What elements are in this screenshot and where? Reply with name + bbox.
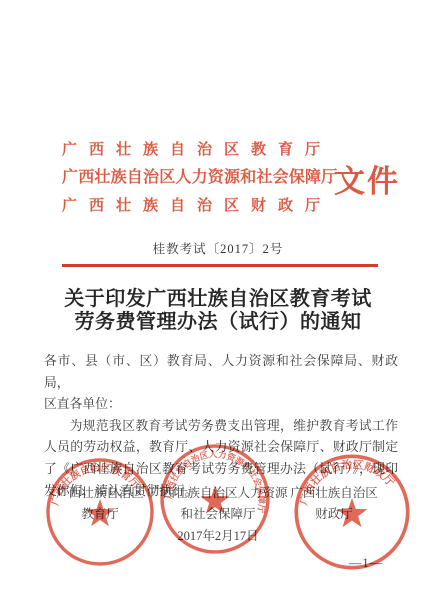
seal-star-icon	[86, 499, 115, 526]
official-seal-education: 广西壮族自治区教育厅	[44, 456, 156, 568]
salutation-line-1: 各市、县（市、区）教育局、人力资源和社会保障局、财政局，	[44, 351, 398, 394]
official-document-page: 广西壮族自治区教育厅 广西壮族自治区人力资源和社会保障厅 广西壮族自治区财政厅 …	[0, 0, 436, 616]
seal-star-icon	[200, 486, 229, 514]
seal-graphic: 广西壮族自治区人力资源和社会保障厅	[158, 442, 272, 556]
red-divider-rule	[62, 264, 378, 267]
agency-line-human-resources: 广西壮族自治区人力资源和社会保障厅	[62, 164, 334, 192]
seal-star-icon	[337, 498, 368, 527]
seal-graphic: 广西壮族自治区教育厅	[44, 456, 156, 568]
agency-line-education: 广西壮族自治区教育厅	[62, 136, 320, 164]
salutation-line-2: 区直各单位：	[44, 394, 398, 416]
doc-type-label: 文件	[334, 156, 400, 201]
document-header: 广西壮族自治区教育厅 广西壮族自治区人力资源和社会保障厅 广西壮族自治区财政厅 …	[62, 136, 398, 220]
official-seal-human-resources: 广西壮族自治区人力资源和社会保障厅	[158, 442, 272, 556]
seal-graphic: 广西壮族自治区财政厅	[292, 452, 412, 572]
title-line-2: 劳务费管理办法（试行）的通知	[0, 311, 436, 334]
official-seal-finance: 广西壮族自治区财政厅	[292, 452, 412, 572]
document-title: 关于印发广西壮族自治区教育考试 劳务费管理办法（试行）的通知	[0, 288, 436, 334]
title-line-1: 关于印发广西壮族自治区教育考试	[0, 288, 436, 311]
document-number: 桂教考试〔2017〕2号	[0, 239, 436, 257]
agency-line-finance: 广西壮族自治区财政厅	[62, 192, 320, 220]
issuing-agencies: 广西壮族自治区教育厅 广西壮族自治区人力资源和社会保障厅 广西壮族自治区财政厅	[62, 136, 334, 220]
